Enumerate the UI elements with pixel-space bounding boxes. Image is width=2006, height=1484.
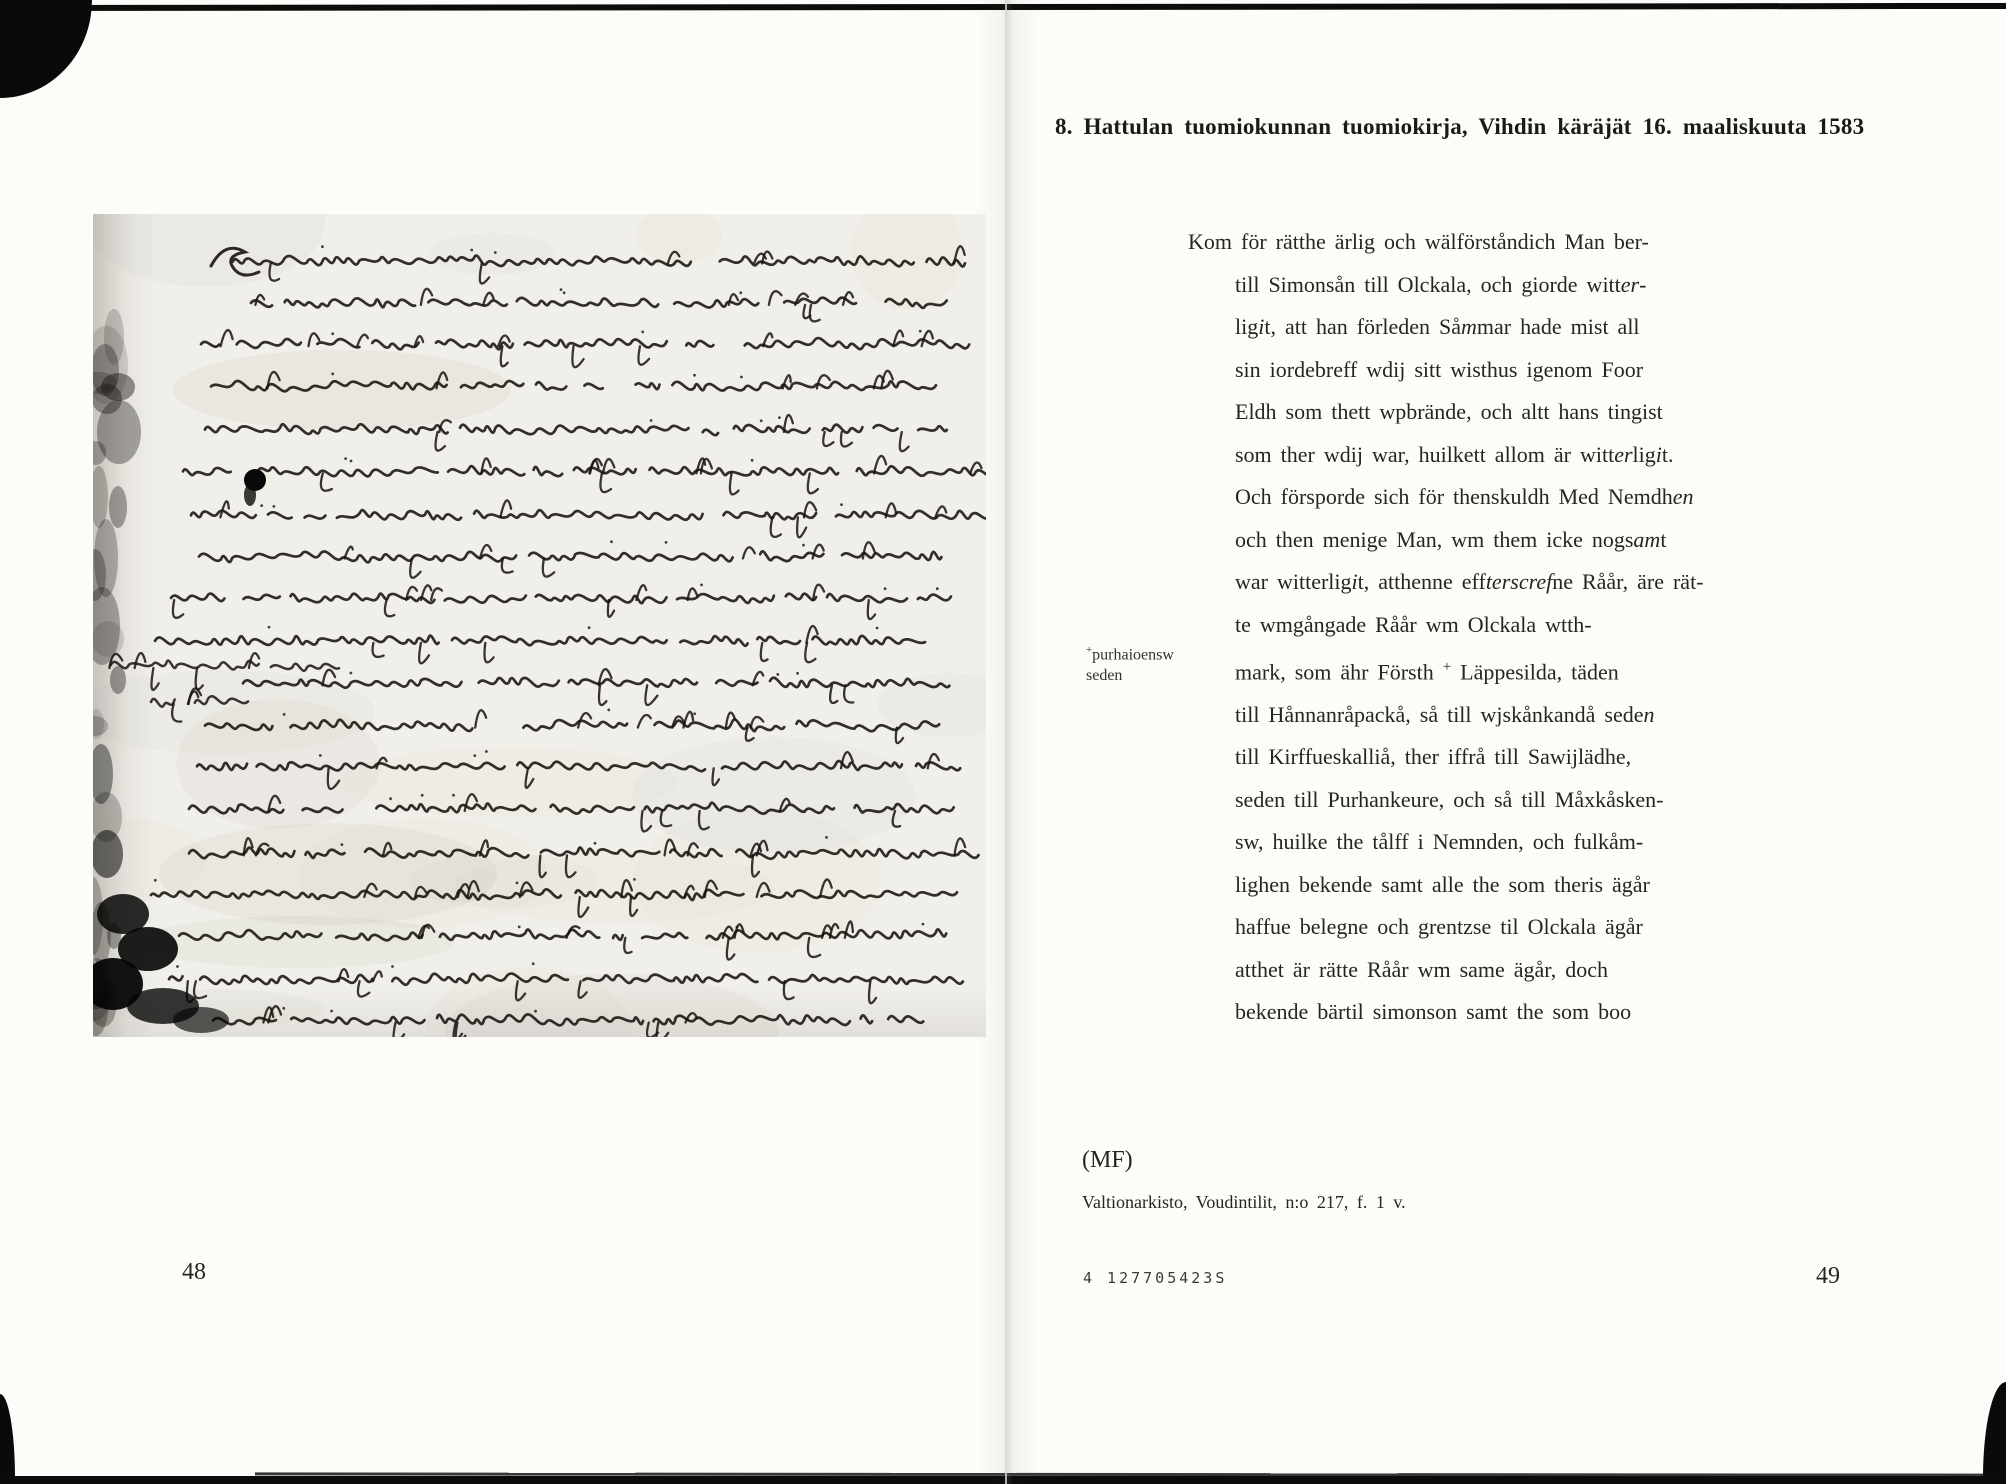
manuscript-handwriting-svg bbox=[93, 214, 986, 1037]
transcription-line: Och försporde sich för thenskuldh Med Ne… bbox=[1188, 476, 1704, 519]
transcription-line: war witterligit, atthenne effterscrefne … bbox=[1188, 561, 1704, 604]
transcription-line: till Kirffueskalliå, ther iffrå till Saw… bbox=[1188, 736, 1704, 779]
printer-signature-mark: 4 127705423S bbox=[1083, 1269, 1227, 1287]
transcription-block: Kom för rätthe ärlig och wälförståndich … bbox=[1188, 221, 1704, 1034]
page-number-right: 49 bbox=[1816, 1263, 1840, 1290]
page-title: 8. Hattulan tuomiokunnan tuomiokirja, Vi… bbox=[1055, 114, 1864, 140]
transcription-line: till Simonsån till Olckala, och giorde w… bbox=[1188, 264, 1704, 307]
transcription-line: Kom för rätthe ärlig och wälförståndich … bbox=[1188, 221, 1704, 264]
transcription-line: och then menige Man, wm them icke nogsam… bbox=[1188, 519, 1704, 562]
transcription-line: lighen bekende samt alle the som theris … bbox=[1188, 864, 1704, 907]
transcription-line: sw, huilke the tålff i Nemnden, och fulk… bbox=[1188, 821, 1704, 864]
gutter-line bbox=[1005, 0, 1007, 1484]
transcription-line: mark, som ähr Försth + Läppesilda, täden bbox=[1188, 646, 1704, 694]
transcription-line: seden till Purhankeure, och så till Måxk… bbox=[1188, 779, 1704, 822]
transcription-line: sin iordebreff wdij sitt wisthus igenom … bbox=[1188, 349, 1704, 392]
source-citation: Valtionarkisto, Voudintilit, n:o 217, f.… bbox=[1082, 1192, 1406, 1213]
transcription-line: haffue belegne och grentzse til Olckala … bbox=[1188, 906, 1704, 949]
photo-corner-bottom-left bbox=[0, 1394, 15, 1478]
mf-label: (MF) bbox=[1082, 1147, 1133, 1174]
margin-note-line: +purhaioensw bbox=[1086, 640, 1174, 665]
margin-note-line: seden bbox=[1086, 665, 1174, 686]
transcription-line: till Hånnanråpackå, så till wjskånkandå … bbox=[1188, 694, 1704, 737]
manuscript-photo bbox=[93, 214, 986, 1037]
transcription-line: te wmgångade Råår wm Olckala wtth- bbox=[1188, 604, 1704, 647]
transcription-line: bekende bärtil simonson samt the som boo bbox=[1188, 991, 1704, 1034]
transcription-line: som ther wdij war, huilkett allom är wit… bbox=[1188, 434, 1704, 477]
photo-corner-bottom-right bbox=[1983, 1382, 2006, 1478]
transcription-line: atthet är rätte Råår wm same ägår, doch bbox=[1188, 949, 1704, 992]
margin-note: +purhaioensw seden bbox=[1086, 640, 1174, 686]
photo-corner-top-left bbox=[0, 0, 92, 98]
page-number-left: 48 bbox=[182, 1259, 206, 1286]
transcription-line: ligit, att han förleden Såmmar hade mist… bbox=[1188, 306, 1704, 349]
book-spread: 48 8. Hattulan tuomiokunnan tuomiokirja,… bbox=[0, 0, 2006, 1484]
transcription-line: Eldh som thett wpbrände, och altt hans t… bbox=[1188, 391, 1704, 434]
